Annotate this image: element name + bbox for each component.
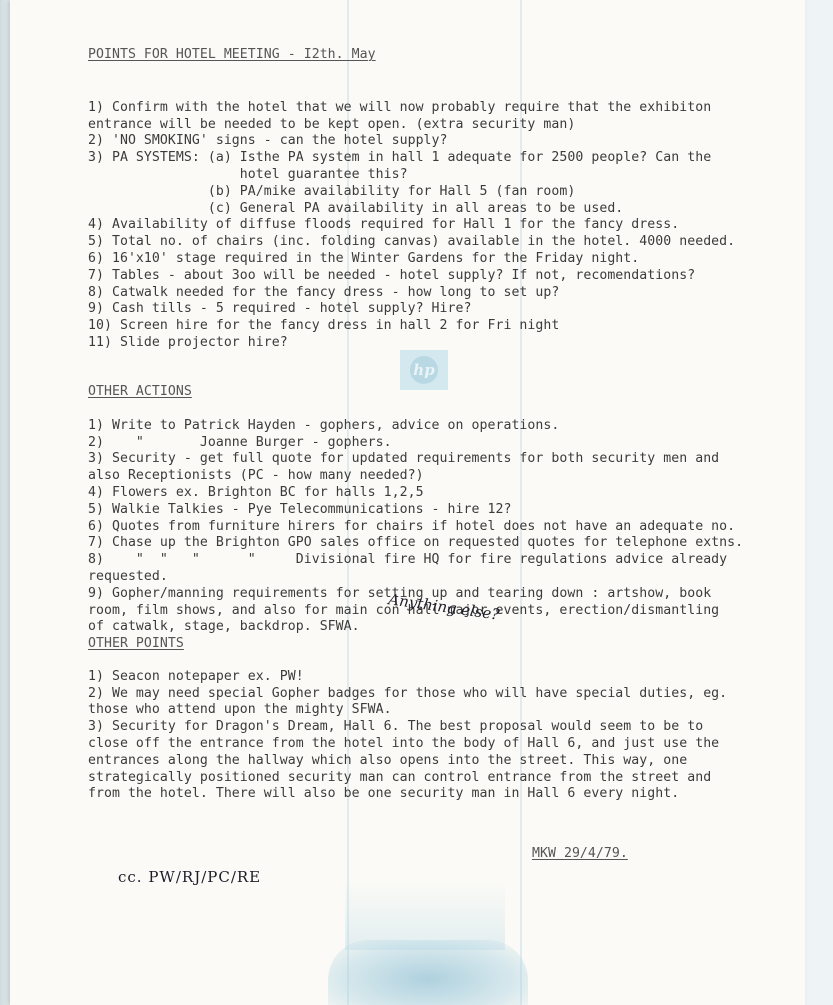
list-item: 8) Catwalk needed for the fancy dress - …: [88, 285, 735, 302]
list-item: entrances along the hallway which also o…: [88, 753, 727, 770]
scanner-background-strip: [805, 0, 833, 1005]
list-item: 6) Quotes from furniture hirers for chai…: [88, 519, 743, 536]
list-item: hotel guarantee this?: [88, 167, 735, 184]
list-item: 2) 'NO SMOKING' signs - can the hotel su…: [88, 133, 735, 150]
list-item: requested.: [88, 569, 743, 586]
list-item: 7) Chase up the Brighton GPO sales offic…: [88, 535, 743, 552]
document-title: POINTS FOR HOTEL MEETING - I2th. May: [88, 47, 376, 64]
list-item: 3) PA SYSTEMS: (a) Isthe PA system in ha…: [88, 150, 735, 167]
list-item: close off the entrance from the hotel in…: [88, 736, 727, 753]
list-item: also Receptionists (PC - how many needed…: [88, 468, 743, 485]
list-item: 1) Seacon notepaper ex. PW!: [88, 669, 727, 686]
list-item: 3) Security for Dragon's Dream, Hall 6. …: [88, 719, 727, 736]
list-item: 5) Walkie Talkies - Pye Telecommunicatio…: [88, 502, 743, 519]
list-item: (c) General PA availability in all areas…: [88, 201, 735, 218]
handwritten-cc-list: cc. PW/RJ/PC/RE: [118, 868, 261, 886]
list-item: those who attend upon the mighty SFWA.: [88, 702, 727, 719]
list-item: from the hotel. There will also be one s…: [88, 786, 727, 803]
list-item: 2) " Joanne Burger - gophers.: [88, 435, 743, 452]
list-item: 6) 16'x10' stage required in the Winter …: [88, 251, 735, 268]
list-item: 7) Tables - about 3oo will be needed - h…: [88, 268, 735, 285]
hp-logo-icon: hp: [410, 356, 438, 384]
list-item: of catwalk, stage, backdrop. SFWA.: [88, 619, 743, 636]
ink-smudge: [328, 940, 528, 1005]
hp-watermark: hp: [400, 350, 448, 390]
list-item: 9) Cash tills - 5 required - hotel suppl…: [88, 301, 735, 318]
list-item: entrance will be needed to be kept open.…: [88, 117, 735, 134]
other-actions-list: 1) Write to Patrick Hayden - gophers, ad…: [88, 401, 743, 653]
list-item: 10) Screen hire for the fancy dress in h…: [88, 318, 735, 335]
hotel-points-list: 1) Confirm with the hotel that we will n…: [88, 83, 735, 369]
list-item: 4) Flowers ex. Brighton BC for halls 1,2…: [88, 485, 743, 502]
list-item: 1) Confirm with the hotel that we will n…: [88, 100, 735, 117]
other-actions-heading: OTHER ACTIONS: [88, 384, 192, 401]
list-item: 3) Security - get full quote for updated…: [88, 451, 743, 468]
list-item: 8) " " " " Divisional fire HQ for fire r…: [88, 552, 743, 569]
list-item: 2) We may need special Gopher badges for…: [88, 686, 727, 703]
signature-initials-date: MKW 29/4/79.: [532, 846, 628, 863]
list-item: strategically positioned security man ca…: [88, 770, 727, 787]
list-item: 1) Write to Patrick Hayden - gophers, ad…: [88, 418, 743, 435]
list-item: (b) PA/mike availability for Hall 5 (fan…: [88, 184, 735, 201]
other-points-list: 1) Seacon notepaper ex. PW!2) We may nee…: [88, 652, 727, 820]
list-item: 5) Total no. of chairs (inc. folding can…: [88, 234, 735, 251]
other-points-heading: OTHER POINTS: [88, 636, 184, 653]
list-item: 4) Availability of diffuse floods requir…: [88, 217, 735, 234]
